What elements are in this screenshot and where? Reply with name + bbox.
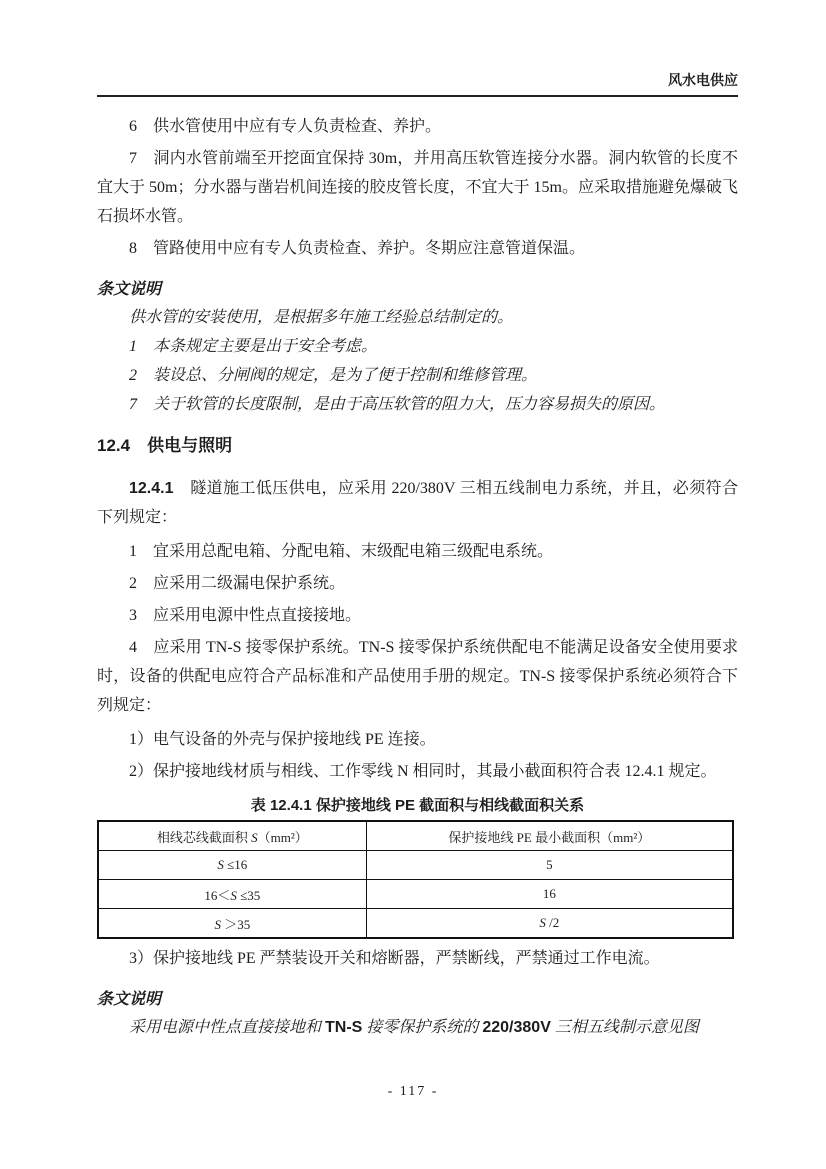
sub-item-1: 1）电气设备的外壳与保护接地线 PE 连接。 (97, 725, 738, 754)
commentary-paragraph: 供水管的安装使用，是根据多年施工经验总结制定的。 (97, 303, 738, 332)
table-cell-value: 5 (366, 851, 733, 880)
table-header-cell-pe-section: 保护接地线 PE 最小截面积（mm²） (366, 821, 733, 851)
table-header-row: 相线芯线截面积 S（mm²） 保护接地线 PE 最小截面积（mm²） (98, 821, 733, 851)
table-cell-condition: 16＜S ≤35 (98, 880, 366, 909)
sub-item-3: 3）保护接地线 PE 严禁装设开关和熔断器，严禁断线，严禁通过工作电流。 (97, 944, 738, 973)
bold-tns: TN-S (325, 1019, 362, 1036)
running-head-title: 风水电供应 (668, 72, 738, 88)
clause-item-1: 1 宜采用总配电箱、分配电箱、末级配电箱三级配电系统。 (97, 537, 738, 566)
clause-12-4-1-paragraph: 12.4.1 隧道施工低压供电，应采用 220/380V 三相五线制电力系统，并… (97, 474, 738, 532)
clause-6-paragraph: 6 供水管使用中应有专人负责检查、养护。 (97, 112, 738, 141)
commentary-final-line: 采用电源中性点直接接地和 TN-S 接零保护系统的 220/380V 三相五线制… (97, 1013, 738, 1042)
clause-text: 隧道施工低压供电，应采用 220/380V 三相五线制电力系统，并且，必须符合下… (97, 480, 738, 526)
sub-item-2: 2）保护接地线材质与相线、工作零线 N 相同时，其最小截面积符合表 12.4.1… (97, 757, 738, 786)
page-header: 风水电供应 (97, 70, 738, 97)
clause-item-4: 4 应采用 TN-S 接零保护系统。TN-S 接零保护系统供配电不能满足设备安全… (97, 633, 738, 720)
table-cell-condition: S ≤16 (98, 851, 366, 880)
clause-item-3: 3 应采用电源中性点直接接地。 (97, 601, 738, 630)
clause-item-2: 2 应采用二级漏电保护系统。 (97, 569, 738, 598)
clause-number: 12.4.1 (129, 480, 173, 497)
table-cell-value: 16 (366, 880, 733, 909)
document-page: 风水电供应 6 供水管使用中应有专人负责检查、养护。 7 洞内水管前端至开挖面宜… (0, 0, 826, 1169)
page-content: 风水电供应 6 供水管使用中应有专人负责检查、养护。 7 洞内水管前端至开挖面宜… (97, 70, 738, 1042)
table-row: S ＞35 S /2 (98, 909, 733, 939)
commentary-heading-water: 条文说明 (97, 277, 738, 303)
table-header-cell-phase-section: 相线芯线截面积 S（mm²） (98, 821, 366, 851)
pe-section-table: 相线芯线截面积 S（mm²） 保护接地线 PE 最小截面积（mm²） S ≤16… (97, 820, 734, 939)
commentary-paragraph: 1 本条规定主要是出于安全考虑。 (97, 332, 738, 361)
page-number: - 117 - (0, 1084, 826, 1100)
table-cell-condition: S ＞35 (98, 909, 366, 939)
table-row: 16＜S ≤35 16 (98, 880, 733, 909)
clause-7-paragraph: 7 洞内水管前端至开挖面宜保持 30m，并用高压软管连接分水器。洞内软管的长度不… (97, 144, 738, 231)
table-cell-value: S /2 (366, 909, 733, 939)
commentary-paragraph: 2 装设总、分闸阀的规定，是为了便于控制和维修管理。 (97, 361, 738, 390)
section-heading-12-4: 12.4 供电与照明 (97, 433, 738, 459)
bold-voltage: 220/380V (482, 1019, 551, 1036)
table-row: S ≤16 5 (98, 851, 733, 880)
table-title: 表 12.4.1 保护接地线 PE 截面积与相线截面积关系 (97, 794, 738, 818)
clause-8-paragraph: 8 管路使用中应有专人负责检查、养护。冬期应注意管道保温。 (97, 234, 738, 263)
commentary-heading-power: 条文说明 (97, 987, 738, 1013)
commentary-paragraph: 7 关于软管的长度限制，是由于高压软管的阻力大，压力容易损失的原因。 (97, 390, 738, 419)
